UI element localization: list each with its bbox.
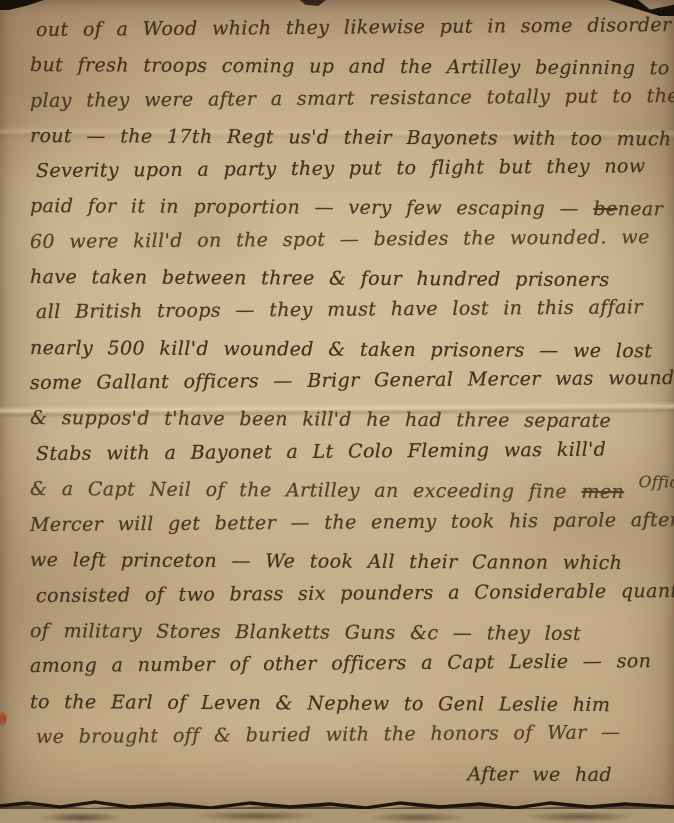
manuscript-line: some Gallant officers — Brigr General Me… xyxy=(30,361,658,401)
line-segment: & a Capt Neil of the Artilley an exceedi… xyxy=(30,478,582,503)
manuscript-line: out of a Wood which they likewise put in… xyxy=(36,8,658,48)
line-segment: paid for it in proportion — very few esc… xyxy=(30,195,594,220)
manuscript-line: all British troops — they must have lost… xyxy=(36,290,658,330)
manuscript-line: among a number of other officers a Capt … xyxy=(30,644,658,684)
manuscript-line: 60 were kill'd on the spot — besides the… xyxy=(30,220,658,260)
manuscript-line: Mercer will get better — the enemy took … xyxy=(30,503,658,543)
letter-body: out of a Wood which they likewise put in… xyxy=(30,13,658,791)
rust-stain xyxy=(0,712,7,726)
inserted-word: Officer xyxy=(639,473,674,491)
next-page-sliver xyxy=(0,809,674,823)
struck-word: men xyxy=(581,481,624,503)
manuscript-line: Stabs with a Bayonet a Lt Colo Fleming w… xyxy=(36,432,658,472)
manuscript-page: out of a Wood which they likewise put in… xyxy=(0,0,674,823)
torn-corner-top-left xyxy=(0,0,44,10)
manuscript-line: Severity upon a party they put to flight… xyxy=(36,149,658,189)
line-segment: near xyxy=(618,199,664,221)
manuscript-line: play they were after a smart resistance … xyxy=(30,79,658,119)
struck-word: be xyxy=(593,198,617,220)
torn-edge-speck xyxy=(300,0,326,6)
manuscript-closing-line: After we had xyxy=(30,755,658,794)
manuscript-line: consisted of two brass six pounders a Co… xyxy=(36,574,658,614)
manuscript-line: we brought off & buried with the honors … xyxy=(36,715,658,755)
